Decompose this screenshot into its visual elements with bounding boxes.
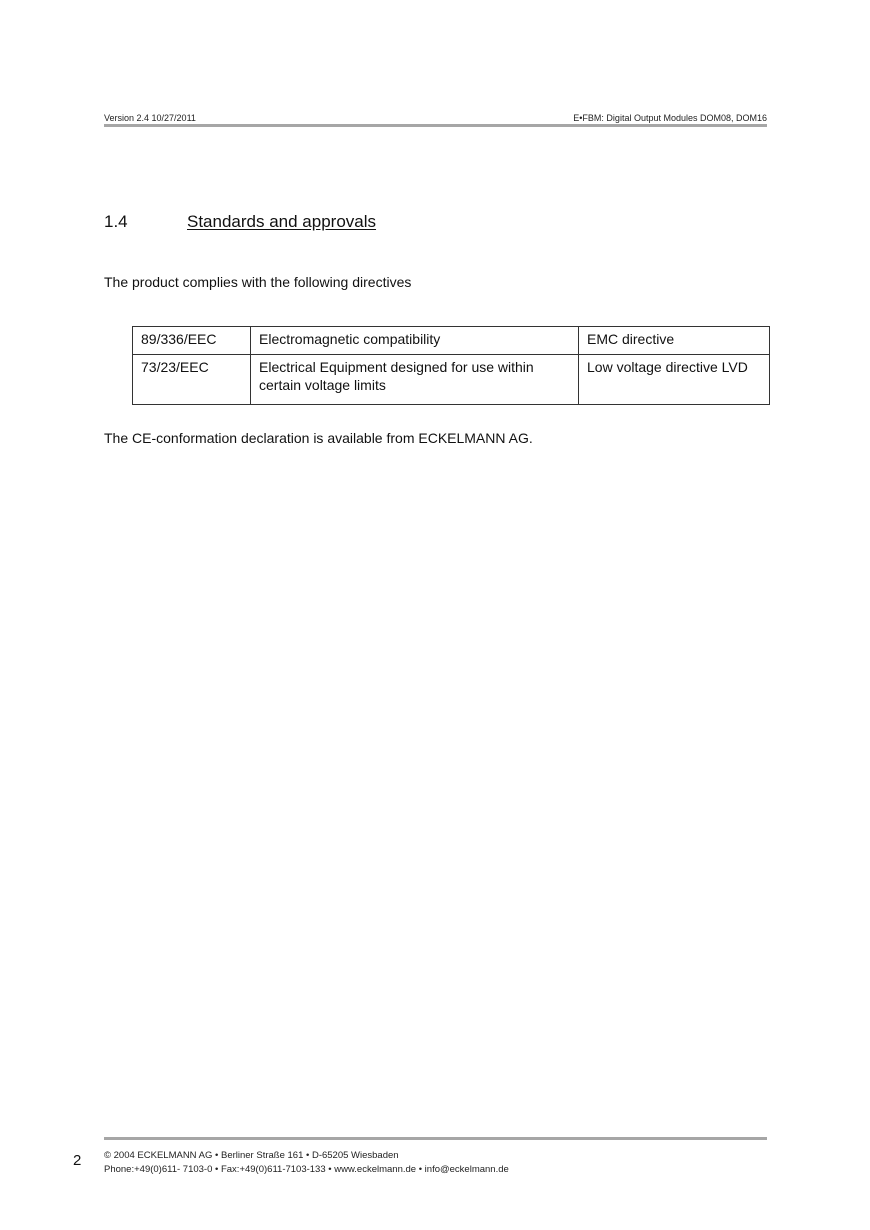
page-number: 2: [73, 1152, 81, 1169]
intro-paragraph: The product complies with the following …: [104, 274, 411, 290]
ce-declaration-paragraph: The CE-conformation declaration is avail…: [104, 430, 533, 446]
directives-table: 89/336/EEC Electromagnetic compatibility…: [132, 326, 770, 405]
table-row: 73/23/EEC Electrical Equipment designed …: [133, 355, 770, 405]
header-document-title: E•FBM: Digital Output Modules DOM08, DOM…: [573, 113, 767, 123]
directive-code: 73/23/EEC: [133, 355, 251, 405]
directive-code: 89/336/EEC: [133, 327, 251, 355]
directive-name: Low voltage directive LVD: [579, 355, 770, 405]
directive-name: EMC directive: [579, 327, 770, 355]
footer-contact: Phone:+49(0)611- 7103-0 • Fax:+49(0)611-…: [104, 1164, 509, 1175]
directive-description: Electromagnetic compatibility: [251, 327, 579, 355]
header-version-date: Version 2.4 10/27/2011: [104, 113, 196, 123]
footer-divider: [104, 1137, 767, 1140]
footer-address: © 2004 ECKELMANN AG • Berliner Straße 16…: [104, 1150, 399, 1161]
section-title: Standards and approvals: [187, 212, 376, 232]
table-row: 89/336/EEC Electromagnetic compatibility…: [133, 327, 770, 355]
header-divider: [104, 124, 767, 127]
directive-description: Electrical Equipment designed for use wi…: [251, 355, 579, 405]
section-number: 1.4: [104, 212, 128, 232]
